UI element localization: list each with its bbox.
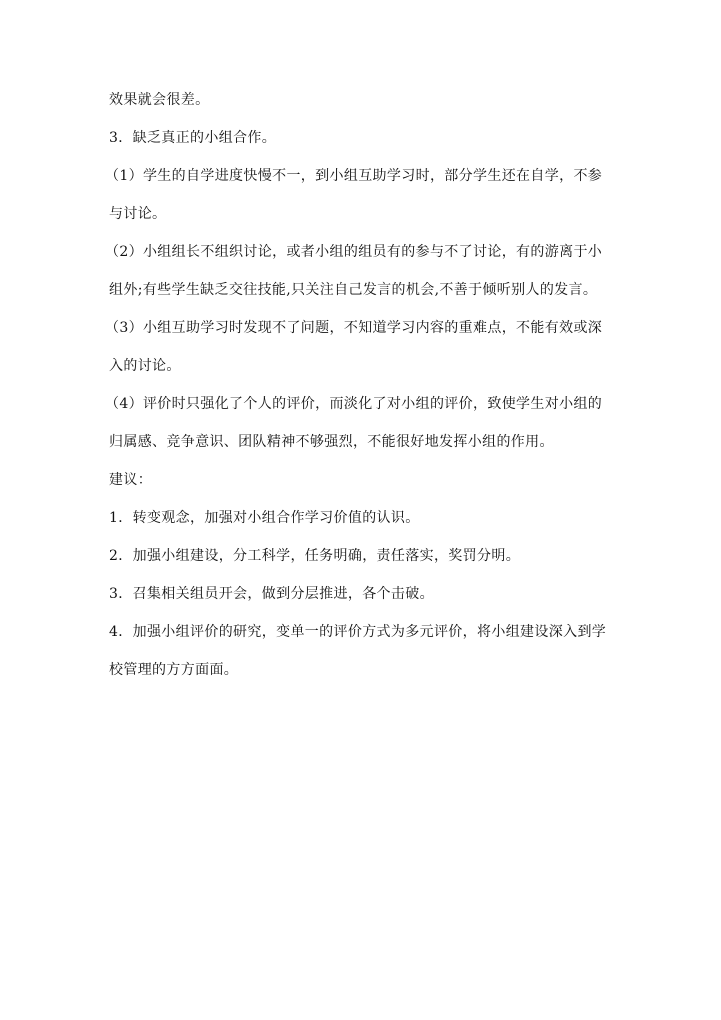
- paragraph-line: （1）学生的自学进度快慢不一，到小组互助学习时，部分学生还在自学，不参: [105, 166, 613, 204]
- suggestion-item: 1．转变观念，加强对小组合作学习价值的认识。: [109, 508, 613, 546]
- paragraph-line: 组外;有些学生缺乏交往技能,只关注自己发言的机会,不善于倾听别人的发言。: [109, 280, 613, 318]
- suggestion-item: 4．加强小组评价的研究，变单一的评价方式为多元评价，将小组建设深入到学: [109, 622, 613, 660]
- paragraph-line: （2）小组组长不组织讨论，或者小组的组员有的参与不了讨论，有的游离于小: [105, 242, 613, 280]
- paragraph-line: （3）小组互助学习时发现不了问题，不知道学习内容的重难点，不能有效或深: [105, 318, 613, 356]
- document-page: 效果就会很差。 3．缺乏真正的小组合作。 （1）学生的自学进度快慢不一，到小组互…: [109, 90, 613, 698]
- suggestion-item: 2．加强小组建设，分工科学，任务明确，责任落实，奖罚分明。: [109, 546, 613, 584]
- paragraph-line: 入的讨论。: [109, 356, 613, 394]
- paragraph-line: 归属感、竞争意识、团队精神不够强烈，不能很好地发挥小组的作用。: [109, 432, 613, 470]
- suggestion-item: 3．召集相关组员开会，做到分层推进，各个击破。: [109, 584, 613, 622]
- suggestions-heading: 建议：: [109, 470, 613, 508]
- paragraph-line: 效果就会很差。: [109, 90, 613, 128]
- paragraph-line: 与讨论。: [109, 204, 613, 242]
- paragraph-line: 校管理的方方面面。: [109, 660, 613, 698]
- section-heading-3: 3．缺乏真正的小组合作。: [109, 128, 613, 166]
- paragraph-line: （4）评价时只强化了个人的评价，而淡化了对小组的评价，致使学生对小组的: [105, 394, 613, 432]
